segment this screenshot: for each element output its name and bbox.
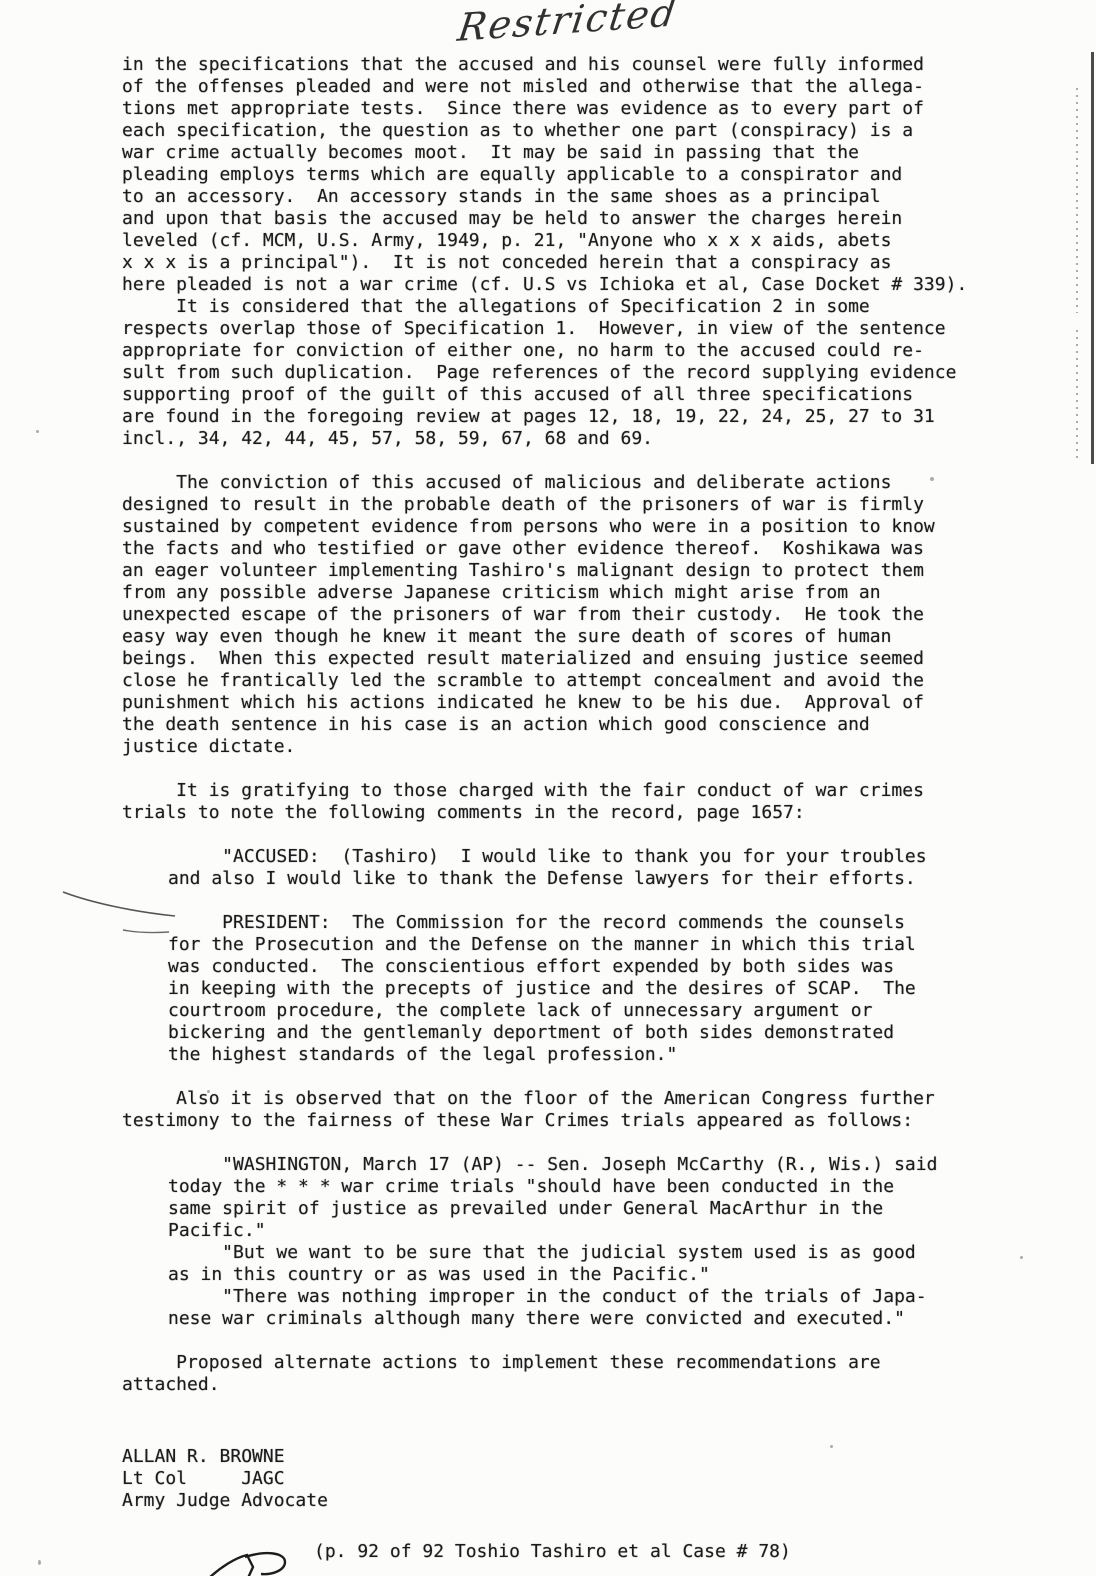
text-line: incl., 34, 42, 44, 45, 57, 58, 59, 67, 6… [122, 428, 992, 450]
text-line: It is gratifying to those charged with t… [122, 780, 992, 802]
text-line: here pleaded is not a war crime (cf. U.S… [122, 274, 992, 296]
text-line: was conducted. The conscientious effort … [168, 956, 992, 978]
paragraph: It is gratifying to those charged with t… [122, 780, 992, 824]
text-line: from any possible adverse Japanese criti… [122, 582, 992, 604]
scanned-document-page: Restricted in the specifications that th… [0, 0, 1096, 1576]
text-line: Pacific." [168, 1220, 992, 1242]
text-line: Army Judge Advocate [122, 1490, 992, 1512]
text-line: each specification, the question as to w… [122, 120, 992, 142]
text-line: "There was nothing improper in the condu… [168, 1286, 992, 1308]
scan-noise-marks [1076, 88, 1078, 313]
quote-paragraph-washington: "WASHINGTON, March 17 (AP) -- Sen. Josep… [122, 1154, 992, 1330]
text-line: The conviction of this accused of malici… [122, 472, 992, 494]
text-line: leveled (cf. MCM, U.S. Army, 1949, p. 21… [122, 230, 992, 252]
text-line: today the * * * war crime trials "should… [168, 1176, 992, 1198]
text-line: to an accessory. An accessory stands in … [122, 186, 992, 208]
noise-speck [830, 1445, 833, 1448]
noise-speck [207, 1090, 210, 1093]
text-line: in keeping with the precepts of justice … [168, 978, 992, 1000]
signature-block: ALLAN R. BROWNELt Col JAGCArmy Judge Adv… [122, 1446, 992, 1512]
text-line: punishment which his actions indicated h… [122, 692, 992, 714]
pen-scribble [203, 1550, 313, 1576]
text-line: sult from such duplication. Page referen… [122, 362, 992, 384]
text-line: pleading employs terms which are equally… [122, 164, 992, 186]
text-line: sustained by competent evidence from per… [122, 516, 992, 538]
text-line: unexpected escape of the prisoners of wa… [122, 604, 992, 626]
noise-speck [930, 477, 934, 481]
paragraph: Also it is observed that on the floor of… [122, 1088, 992, 1132]
text-line: for the Prosecution and the Defense on t… [168, 934, 992, 956]
text-line: attached. [122, 1374, 992, 1396]
text-line: "ACCUSED: (Tashiro) I would like to than… [168, 846, 992, 868]
document-body: in the specifications that the accused a… [122, 54, 992, 1512]
text-line: PRESIDENT: The Commission for the record… [168, 912, 992, 934]
paragraph: Proposed alternate actions to implement … [122, 1352, 992, 1396]
text-line: are found in the foregoing review at pag… [122, 406, 992, 428]
text-line: courtroom procedure, the complete lack o… [168, 1000, 992, 1022]
text-line: war crime actually becomes moot. It may … [122, 142, 992, 164]
text-line: trials to note the following comments in… [122, 802, 992, 824]
text-line: in the specifications that the accused a… [122, 54, 992, 76]
text-line: It is considered that the allegations of… [122, 296, 992, 318]
margin-pen-mark [55, 882, 255, 942]
text-line: an eager volunteer implementing Tashiro'… [122, 560, 992, 582]
text-line: designed to result in the probable death… [122, 494, 992, 516]
paragraph: The conviction of this accused of malici… [122, 472, 992, 758]
text-line: of the offenses pleaded and were not mis… [122, 76, 992, 98]
text-line: respects overlap those of Specification … [122, 318, 992, 340]
scan-noise-marks [1076, 330, 1078, 460]
text-line: appropriate for conviction of either one… [122, 340, 992, 362]
text-line: the highest standards of the legal profe… [168, 1044, 992, 1066]
text-line: "But we want to be sure that the judicia… [168, 1242, 992, 1264]
paragraph: in the specifications that the accused a… [122, 54, 992, 296]
text-line: easy way even though he knew it meant th… [122, 626, 992, 648]
text-line: as in this country or as was used in the… [168, 1264, 992, 1286]
text-line: Lt Col JAGC [122, 1468, 992, 1490]
text-line: ALLAN R. BROWNE [122, 1446, 992, 1468]
noise-speck [1020, 1256, 1023, 1259]
text-line: beings. When this expected result materi… [122, 648, 992, 670]
restricted-handwritten-stamp: Restricted [455, 0, 680, 50]
text-line: justice dictate. [122, 736, 992, 758]
text-line: x x x is a principal"). It is not conced… [122, 252, 992, 274]
text-line: supporting proof of the guilt of this ac… [122, 384, 992, 406]
text-line: Also it is observed that on the floor of… [122, 1088, 992, 1110]
page-footer-note: (p. 92 of 92 Toshio Tashiro et al Case #… [314, 1541, 791, 1563]
text-line: the facts and who testified or gave othe… [122, 538, 992, 560]
text-line: same spirit of justice as prevailed unde… [168, 1198, 992, 1220]
text-line: and upon that basis the accused may be h… [122, 208, 992, 230]
text-line: tions met appropriate tests. Since there… [122, 98, 992, 120]
paragraph: It is considered that the allegations of… [122, 296, 992, 450]
text-line: testimony to the fairness of these War C… [122, 1110, 992, 1132]
text-line: bickering and the gentlemanly deportment… [168, 1022, 992, 1044]
text-line: the death sentence in his case is an act… [122, 714, 992, 736]
text-line: close he frantically led the scramble to… [122, 670, 992, 692]
text-line: "WASHINGTON, March 17 (AP) -- Sen. Josep… [168, 1154, 992, 1176]
noise-speck [38, 1560, 41, 1565]
text-line: and also I would like to thank the Defen… [168, 868, 992, 890]
text-line: Proposed alternate actions to implement … [122, 1352, 992, 1374]
scan-edge-line [1091, 52, 1094, 464]
text-line: nese war criminals although many there w… [168, 1308, 992, 1330]
noise-speck [36, 430, 39, 433]
